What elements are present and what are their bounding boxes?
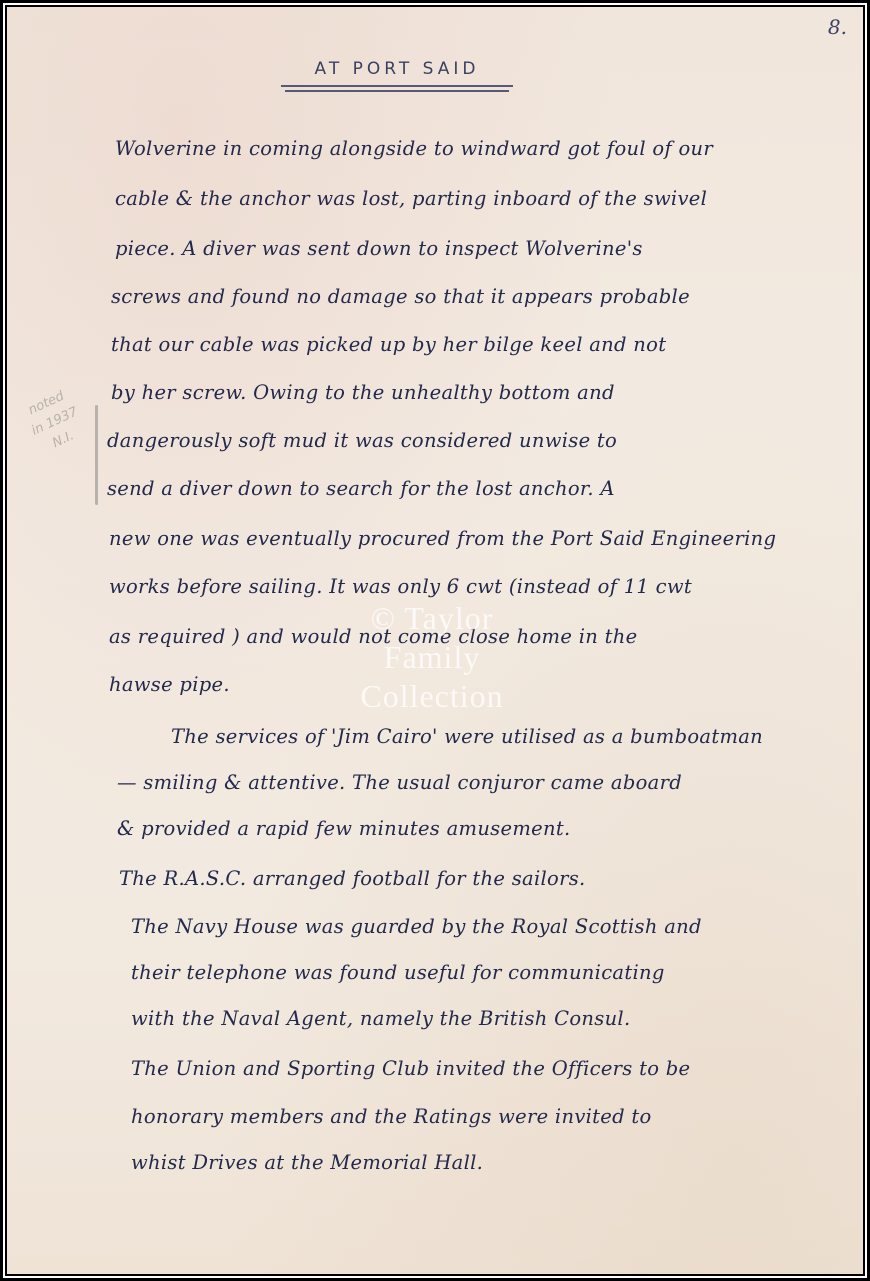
text-line: Wolverine in coming alongside to windwar… — [115, 137, 713, 160]
text-line: The Navy House was guarded by the Royal … — [131, 915, 702, 938]
text-line: piece. A diver was sent down to inspect … — [115, 237, 643, 260]
pencil-margin-bar — [95, 405, 98, 505]
copyright-watermark: © Taylor Family Collection — [302, 599, 562, 716]
text-line: as required ) and would not come close h… — [109, 625, 637, 648]
text-line: — smiling & attentive. The usual conjuro… — [117, 771, 682, 794]
text-line: screws and found no damage so that it ap… — [111, 285, 690, 308]
text-line: new one was eventually procured from the… — [109, 527, 776, 550]
watermark-line: Collection — [302, 677, 562, 716]
text-line: dangerously soft mud it was considered u… — [107, 429, 617, 452]
title-underline-double — [285, 90, 509, 92]
text-line: The services of 'Jim Cairo' were utilise… — [171, 725, 763, 748]
text-line: The Union and Sporting Club invited the … — [131, 1057, 690, 1080]
text-line: hawse pipe. — [109, 673, 230, 696]
image-frame-inner: 8. AT PORT SAID noted in 1937 N.I. Wolve… — [3, 3, 867, 1278]
text-line: by her screw. Owing to the unhealthy bot… — [111, 381, 615, 404]
title-underline — [281, 85, 513, 87]
text-line: honorary members and the Ratings were in… — [131, 1105, 652, 1128]
text-line: cable & the anchor was lost, parting inb… — [115, 187, 707, 210]
text-line: whist Drives at the Memorial Hall. — [131, 1151, 483, 1174]
text-line: that our cable was picked up by her bilg… — [111, 333, 666, 356]
page-title: AT PORT SAID — [315, 59, 480, 79]
text-line: their telephone was found useful for com… — [131, 961, 665, 984]
text-line: send a diver down to search for the lost… — [107, 477, 615, 500]
pencil-margin-note: noted in 1937 N.I. — [15, 382, 95, 462]
text-line: works before sailing. It was only 6 cwt … — [109, 575, 692, 598]
title-block: AT PORT SAID — [277, 59, 517, 92]
manuscript-page: 8. AT PORT SAID noted in 1937 N.I. Wolve… — [7, 7, 863, 1274]
page-number: 8. — [828, 15, 847, 39]
text-line: The R.A.S.C. arranged football for the s… — [119, 867, 586, 890]
text-line: with the Naval Agent, namely the British… — [131, 1007, 630, 1030]
image-frame: 8. AT PORT SAID noted in 1937 N.I. Wolve… — [0, 0, 870, 1281]
text-line: & provided a rapid few minutes amusement… — [117, 817, 570, 840]
